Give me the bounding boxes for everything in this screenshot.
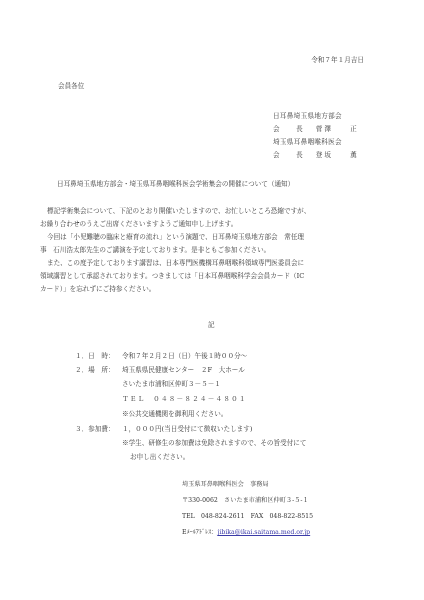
addressee: 会員各位	[58, 83, 84, 90]
body-line: 今回は「小児難聴の臨床と療育の流れ」という演題で、日耳鼻埼玉県地方部会 常任理	[47, 234, 304, 241]
body-line: お繰り合わせのうえご出席くださいますようご通知申し上げます。	[40, 221, 237, 228]
detail-fee-label: ３．参加費：	[75, 426, 115, 433]
office-telfax: TEL 048‐824‐2611 FAX 048‐822‐8515	[182, 514, 313, 520]
body-line: 事 石川浩太郎先生のご講演を予定しております。是非ともご参加ください。	[40, 247, 270, 254]
detail-venue-label: ２．場 所：	[75, 367, 115, 374]
email-label: Eﾒｰﾙｱﾄﾞﾚｽ：	[182, 529, 217, 536]
detail-venue-tel: ＴＥＬ ０４８－８２４－４８０１	[122, 396, 247, 403]
detail-venue-note: ※公共交通機関を御利用ください。	[122, 411, 228, 418]
detail-fee-note-cont: お申し出ください。	[130, 454, 189, 461]
sender-role: 会 長	[273, 151, 308, 159]
body-line: 標記学術集会について、下記のとおり開催いたしますので、お忙しいところ恐縮ですが、	[47, 208, 310, 215]
office-name: 埼玉県耳鼻咽喉科医会 事務局	[182, 482, 269, 488]
sender-role: 会 長	[273, 125, 308, 133]
sender-org-1: 日耳鼻埼玉県地方部会	[273, 113, 342, 120]
detail-date-label: １．日 時：	[75, 353, 115, 360]
sender-org-2: 埼玉県耳鼻咽喉科医会	[273, 139, 342, 146]
body-line: 領域講習として承認されております。つきましては「日本耳鼻咽喉科学会会員カード（I…	[40, 273, 304, 280]
ki-heading: 記	[208, 322, 215, 329]
body-line: また、この度予定しております講習は、日本専門医機構耳鼻咽喉科領域専門医委員会に	[47, 260, 304, 267]
issue-date: 令和７年１月吉日	[311, 57, 364, 64]
detail-fee-note: ※学生、研修生の参加費は免除されますので、その旨受付にて	[122, 440, 307, 447]
detail-venue-value: 埼玉県県民健康センター ２F 大ホール	[122, 367, 245, 374]
email-link[interactable]: jibika@ikai.saitama.med.or.jp	[217, 529, 310, 536]
office-address: 〒330-0062 さいたま市浦和区仲町３-５-１	[182, 498, 309, 504]
sender-name: 菅澤 正	[316, 125, 359, 133]
sender-name: 登坂 薫	[316, 151, 359, 159]
sender-title-2: 会 長登坂 薫	[273, 152, 359, 159]
office-email-row: Eﾒｰﾙｱﾄﾞﾚｽ：jibika@ikai.saitama.med.or.jp	[182, 530, 310, 536]
sender-title-1: 会 長菅澤 正	[273, 126, 359, 133]
detail-date-value: 令和７年２月２日（日）午後１時００分～	[122, 353, 247, 360]
body-line: カード）」を忘れずにご持参ください。	[40, 286, 155, 293]
detail-venue-address: さいたま市浦和区仲町３－５－１	[122, 381, 221, 388]
subject: 日耳鼻埼玉県地方部会・埼玉県耳鼻咽喉科医会学術集会の開催について（通知）	[57, 181, 294, 188]
detail-fee-value: １，０００円(当日受付にて徴収いたします)	[122, 426, 252, 433]
